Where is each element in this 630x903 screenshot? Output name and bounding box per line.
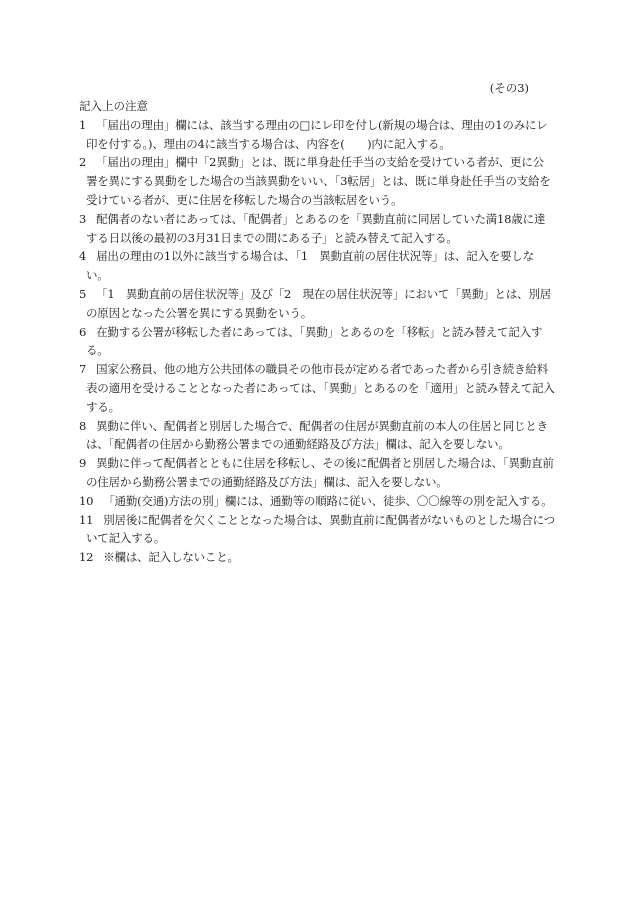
note-number: 11 (79, 511, 93, 530)
note-item-10: 10「通勤(交通)方法の別」欄には、通勤等の順路に従い、徒歩、〇〇線等の別を記入… (79, 492, 555, 511)
note-item-3: 3配偶者のない者にあっては、「配偶者」とあるのを「異動直前に同居していた満18歳… (79, 210, 555, 248)
note-item-6: 6在勤する公署が移転した者にあっては、「異動」とあるのを「移転」と読み替えて記入… (79, 323, 555, 361)
note-text: 届出の理由の1以外に該当する場合は、「1 異動直前の居住状況等」は、記入を要しな… (86, 249, 534, 282)
note-number: 4 (79, 247, 86, 266)
note-text: ※欄は、記入しないこと。 (103, 550, 239, 564)
note-text: 在勤する公署が移転した者にあっては、「異動」とあるのを「移転」と読み替えて記入す… (86, 325, 542, 358)
notes-list: 1「届出の理由」欄には、該当する理由の□にレ印を付し(新規の場合は、理由の1のみ… (79, 116, 555, 567)
note-item-11: 11別居後に配偶者を欠くこととなった場合は、異動直前に配偶者がないものとした場合… (79, 511, 555, 549)
section-title: 記入上の注意 (79, 97, 555, 116)
note-text: 「通勤(交通)方法の別」欄には、通勤等の順路に従い、徒歩、〇〇線等の別を記入する… (103, 494, 552, 508)
note-number: 6 (79, 323, 86, 342)
note-item-5: 5「1 異動直前の居住状況等」及び「2 現在の居住状況等」において「異動」とは、… (79, 285, 555, 323)
note-text: 異動に伴って配偶者とともに住居を移転し、その後に配偶者と別居した場合は、「異動直… (86, 456, 554, 489)
note-number: 12 (79, 548, 93, 567)
note-text: 「届出の理由」欄には、該当する理由の□にレ印を付し(新規の場合は、理由の1のみに… (86, 118, 548, 151)
note-number: 1 (79, 116, 86, 135)
note-text: 異動に伴い、配偶者と別居した場合で、配偶者の住居が異動直前の本人の住居と同じとき… (86, 419, 548, 452)
note-number: 2 (79, 153, 86, 172)
note-text: 配偶者のない者にあっては、「配偶者」とあるのを「異動直前に同居していた満18歳に… (86, 212, 545, 245)
document-page: (その3) 記入上の注意 1「届出の理由」欄には、該当する理由の□にレ印を付し(… (79, 79, 555, 567)
note-number: 7 (79, 360, 86, 379)
note-item-8: 8異動に伴い、配偶者と別居した場合で、配偶者の住居が異動直前の本人の住居と同じと… (79, 417, 555, 455)
note-item-1: 1「届出の理由」欄には、該当する理由の□にレ印を付し(新規の場合は、理由の1のみ… (79, 116, 555, 154)
note-item-9: 9異動に伴って配偶者とともに住居を移転し、その後に配偶者と別居した場合は、「異動… (79, 454, 555, 492)
note-text: 国家公務員、他の地方公共団体の職員その他市長が定める者であった者から引き続き給料… (86, 362, 555, 414)
page-label: (その3) (79, 79, 555, 97)
note-number: 10 (79, 492, 93, 511)
note-item-2: 2「届出の理由」欄中「2異動」とは、既に単身赴任手当の支給を受けている者が、更に… (79, 153, 555, 209)
note-item-7: 7国家公務員、他の地方公共団体の職員その他市長が定める者であった者から引き続き給… (79, 360, 555, 416)
note-number: 3 (79, 210, 86, 229)
note-text: 「1 異動直前の居住状況等」及び「2 現在の居住状況等」において「異動」とは、別… (86, 287, 551, 320)
note-text: 「届出の理由」欄中「2異動」とは、既に単身赴任手当の支給を受けている者が、更に公… (86, 155, 551, 207)
note-number: 9 (79, 454, 86, 473)
note-item-12: 12※欄は、記入しないこと。 (79, 548, 555, 567)
note-number: 8 (79, 417, 86, 436)
note-item-4: 4届出の理由の1以外に該当する場合は、「1 異動直前の居住状況等」は、記入を要し… (79, 247, 555, 285)
note-text: 別居後に配偶者を欠くこととなった場合は、異動直前に配偶者がないものとした場合につ… (86, 513, 555, 546)
note-number: 5 (79, 285, 86, 304)
